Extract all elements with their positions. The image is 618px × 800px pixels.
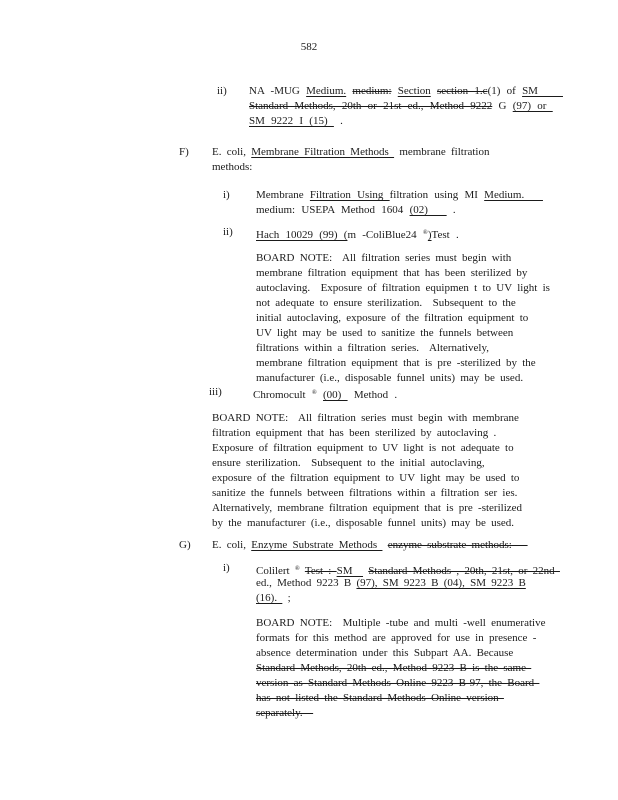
text-line: NA -MUG Medium. medium: Section section … bbox=[249, 84, 563, 99]
item-label: i) bbox=[223, 188, 230, 203]
text-line: SM 9222 I (15) . bbox=[249, 114, 563, 129]
text-line: autoclaving. Exposure of filtration equi… bbox=[256, 281, 550, 296]
text-line: ensure sterilization. Subsequent to the … bbox=[212, 456, 522, 471]
note-content: BOARD NOTE: All filtration series must b… bbox=[212, 411, 522, 531]
text-line: absence determination under this Subpart… bbox=[256, 646, 545, 661]
text-line: BOARD NOTE: Multiple -tube and multi -we… bbox=[256, 616, 545, 631]
text-line: exposure of the filtration equipment to … bbox=[212, 471, 522, 486]
item-content: Hach 10029 (99) (m -ColiBlue24 ®)Test . bbox=[256, 225, 459, 240]
text-line: by the manufacturer (i.e., disposable fu… bbox=[212, 516, 522, 531]
section-content: E. coli, Enzyme Substrate Methods enzyme… bbox=[212, 538, 528, 553]
text-line: Chromocult ® (00) Method . bbox=[253, 385, 397, 400]
note-content: BOARD NOTE: Multiple -tube and multi -we… bbox=[256, 616, 545, 721]
text-line: version as Standard Methods Online 9223 … bbox=[256, 676, 545, 691]
text-line: ed., Method 9223 B (97), SM 9223 B (04),… bbox=[256, 576, 560, 591]
text-line: E. coli, Membrane Filtration Methods mem… bbox=[212, 145, 489, 160]
page-number: 582 bbox=[0, 40, 618, 55]
item-content: Colilert ® Test : SM Standard Methods , … bbox=[256, 561, 560, 606]
item-colilert: i) Colilert ® Test : SM Standard Methods… bbox=[256, 561, 560, 606]
board-note-1: BOARD NOTE: All filtration series must b… bbox=[256, 251, 550, 386]
text-line: not adequate to ensure sterilization. Su… bbox=[256, 296, 550, 311]
text-line: BOARD NOTE: All filtration series must b… bbox=[212, 411, 522, 426]
note-content: BOARD NOTE: All filtration series must b… bbox=[256, 251, 550, 386]
text-line: has not listed the Standard Methods Onli… bbox=[256, 691, 545, 706]
section-label: F) bbox=[179, 145, 189, 160]
text-line: Standard Methods, 20th ed., Method 9223 … bbox=[256, 661, 545, 676]
text-line: (16). ; bbox=[256, 591, 560, 606]
text-line: Membrane Filtration Using filtration usi… bbox=[256, 188, 543, 203]
board-note-2: BOARD NOTE: All filtration series must b… bbox=[212, 411, 522, 531]
item-label: i) bbox=[223, 561, 230, 576]
item-label: ii) bbox=[223, 225, 233, 240]
section-content: E. coli, Membrane Filtration Methods mem… bbox=[212, 145, 489, 175]
text-line: separately. bbox=[256, 706, 545, 721]
item-na-mug: ii) NA -MUG Medium. medium: Section sect… bbox=[249, 84, 563, 129]
text-line: methods: bbox=[212, 160, 489, 175]
item-content: NA -MUG Medium. medium: Section section … bbox=[249, 84, 563, 129]
text-line: membrane filtration equipment that has b… bbox=[256, 266, 550, 281]
text-line: medium: USEPA Method 1604 (02) . bbox=[256, 203, 543, 218]
text-line: filtration equipment that has been steri… bbox=[212, 426, 522, 441]
item-label: ii) bbox=[217, 84, 227, 99]
board-note-3: BOARD NOTE: Multiple -tube and multi -we… bbox=[256, 616, 545, 721]
text-line: Standard Methods, 20th or 21st ed., Meth… bbox=[249, 99, 563, 114]
text-line: filtrations within a filtration series. … bbox=[256, 341, 550, 356]
section-g: G) E. coli, Enzyme Substrate Methods enz… bbox=[212, 538, 528, 553]
text-line: Hach 10029 (99) (m -ColiBlue24 ®)Test . bbox=[256, 225, 459, 240]
text-line: initial autoclaving, exposure of the fil… bbox=[256, 311, 550, 326]
text-line: Exposure of filtration equipment to UV l… bbox=[212, 441, 522, 456]
document-page: 582 ii) NA -MUG Medium. medium: Section … bbox=[0, 0, 618, 800]
item-hach: ii) Hach 10029 (99) (m -ColiBlue24 ®)Tes… bbox=[256, 225, 459, 240]
text-line: BOARD NOTE: All filtration series must b… bbox=[256, 251, 550, 266]
item-content: Membrane Filtration Using filtration usi… bbox=[256, 188, 543, 218]
text-line: E. coli, Enzyme Substrate Methods enzyme… bbox=[212, 538, 528, 553]
section-f: F) E. coli, Membrane Filtration Methods … bbox=[212, 145, 489, 175]
item-mi-medium: i) Membrane Filtration Using filtration … bbox=[256, 188, 543, 218]
text-line: Colilert ® Test : SM Standard Methods , … bbox=[256, 561, 560, 576]
item-label: iii) bbox=[209, 385, 222, 400]
text-line: sanitize the funnels between filtrations… bbox=[212, 486, 522, 501]
text-line: formats for this method are approved for… bbox=[256, 631, 545, 646]
item-content: Chromocult ® (00) Method . bbox=[253, 385, 397, 400]
text-line: Alternatively, membrane filtration equip… bbox=[212, 501, 522, 516]
text-line: manufacturer (i.e., disposable funnel un… bbox=[256, 371, 550, 386]
text-line: membrane filtration equipment that is pr… bbox=[256, 356, 550, 371]
text-line: UV light may be used to sanitize the fun… bbox=[256, 326, 550, 341]
item-chromocult: iii) Chromocult ® (00) Method . bbox=[253, 385, 397, 400]
section-label: G) bbox=[179, 538, 191, 553]
